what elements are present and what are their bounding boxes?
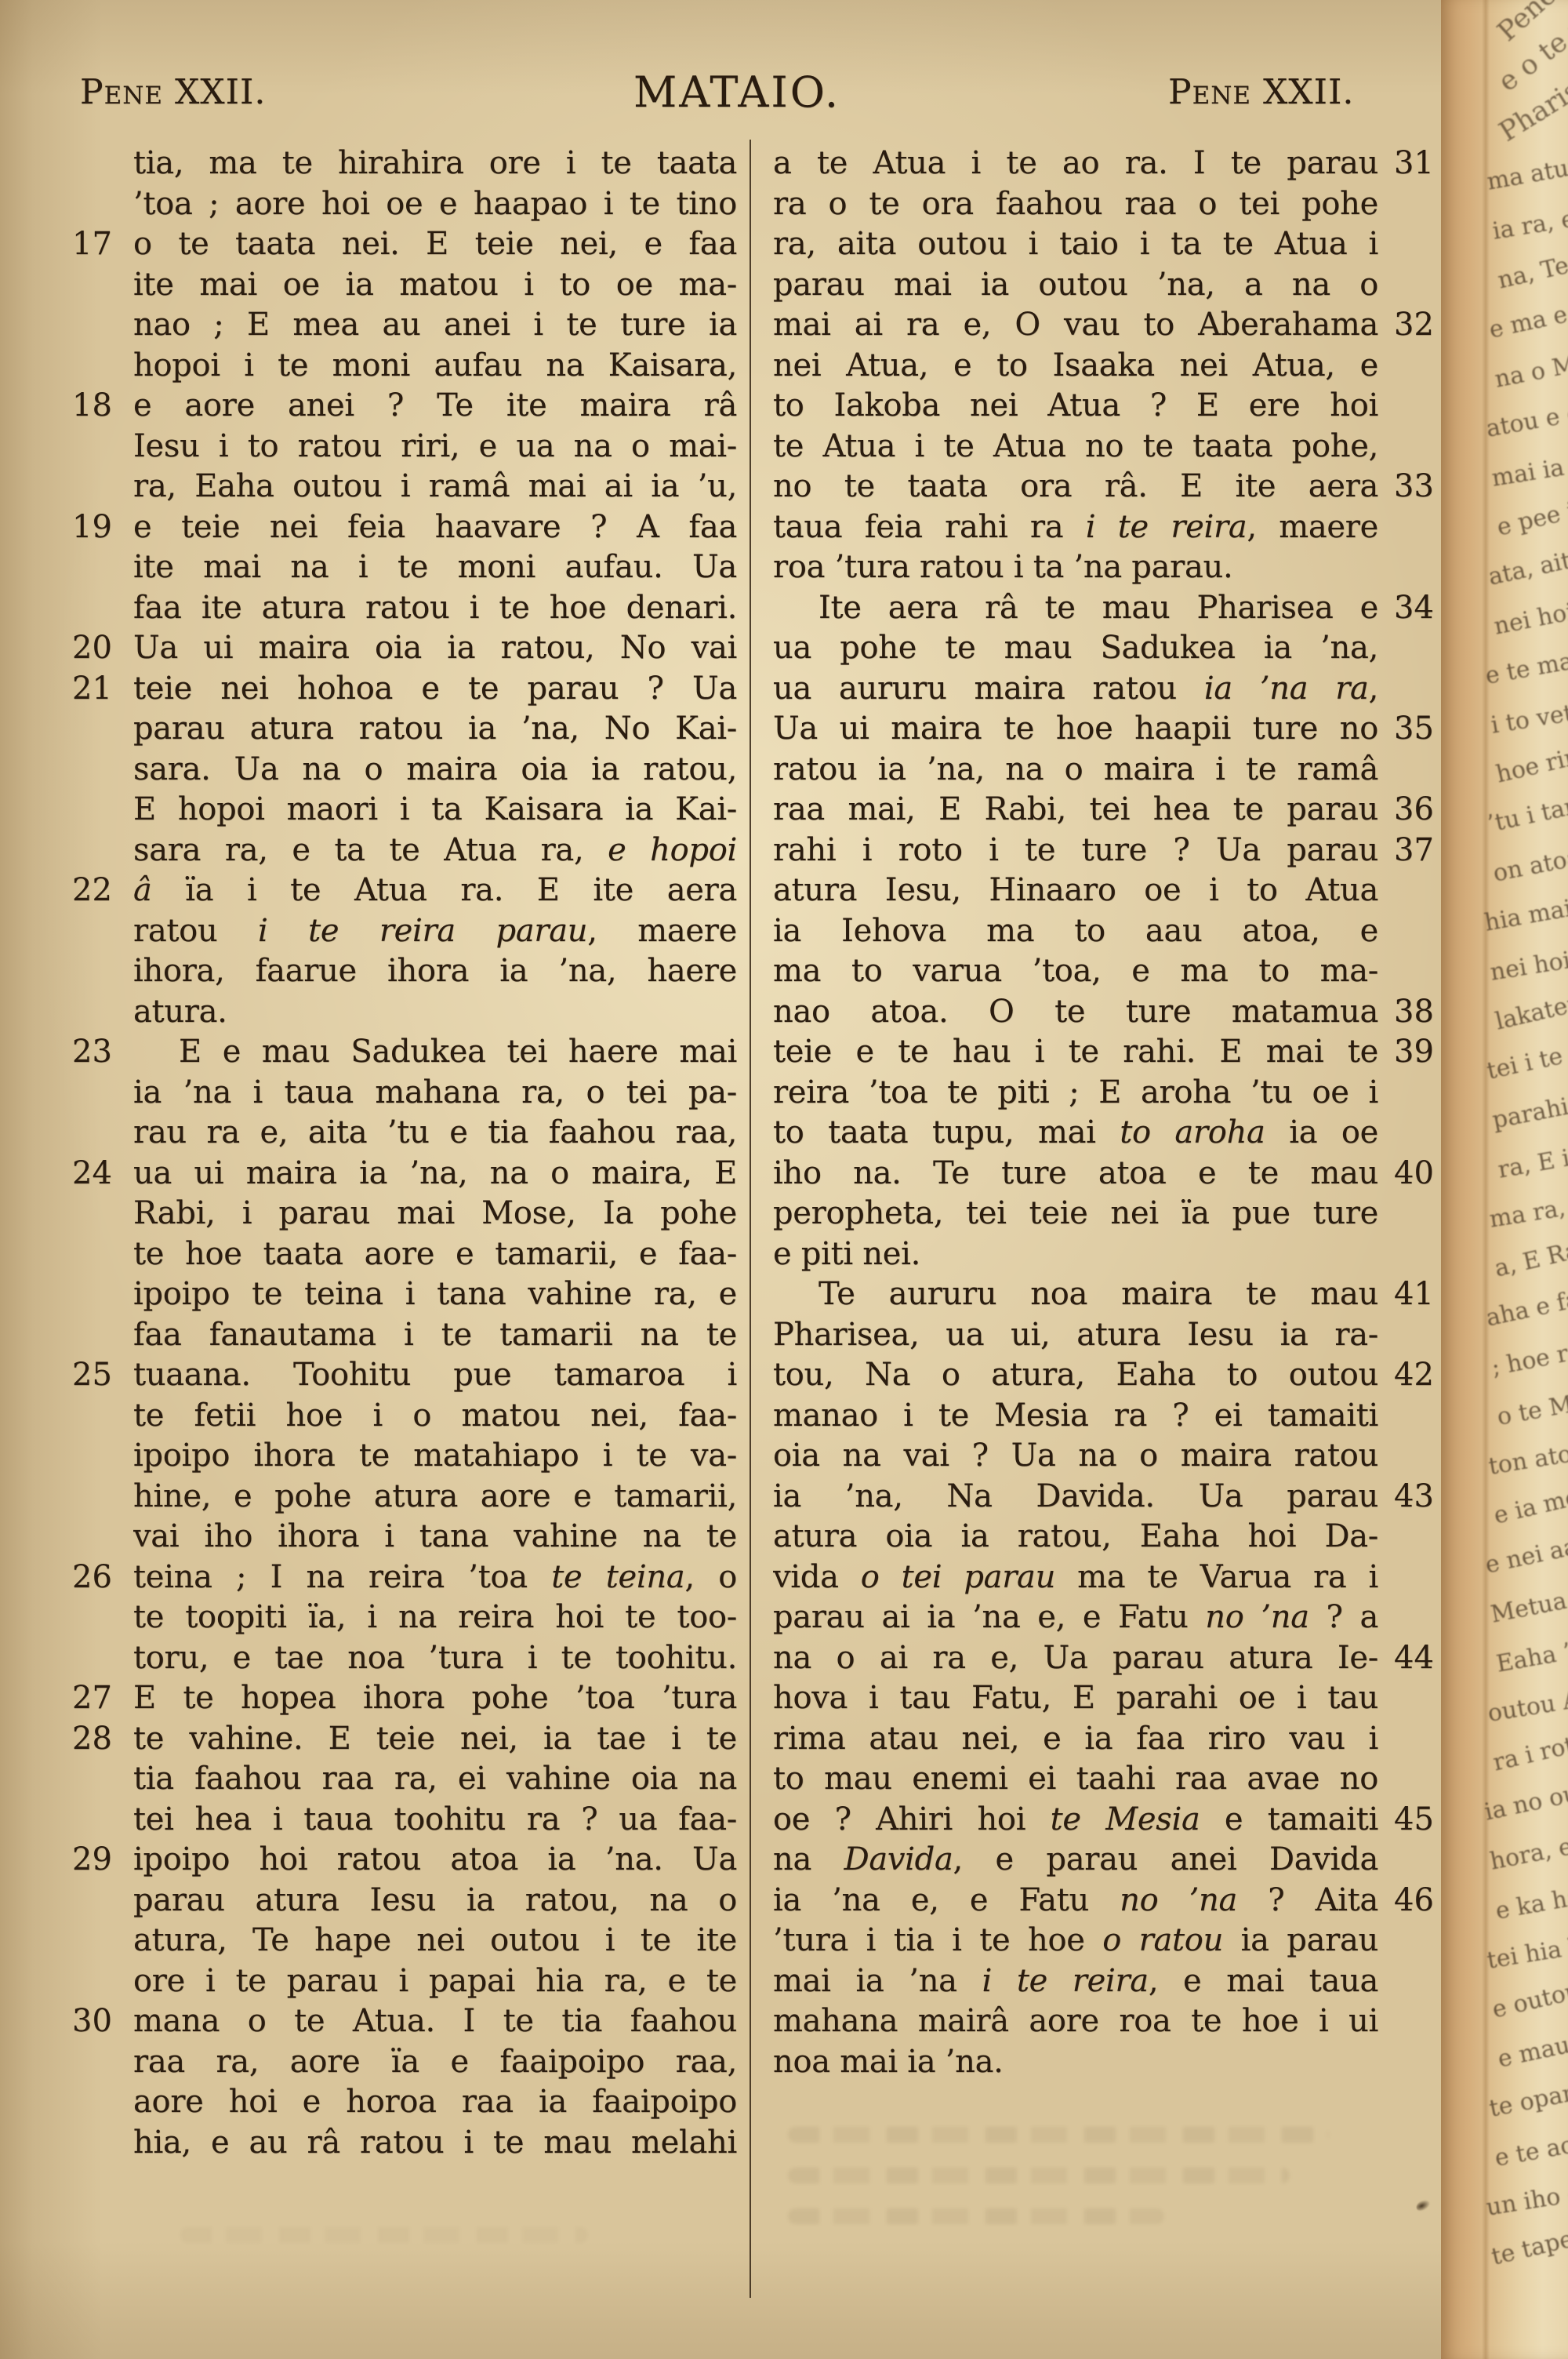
line-text: teie nei hohoa e te parau ? Ua <box>133 671 737 707</box>
text-line: e teie nei feia haavare ? A faa <box>133 507 737 548</box>
text-line: parau mai ia outou ’na, a na o <box>773 265 1378 306</box>
edge-fragment: e nei aa, oia <box>1483 1522 1568 1579</box>
line-text: tia faahou raa ra, ei vahine oia na <box>133 1761 737 1797</box>
edge-fragment: ata, aita ri <box>1486 539 1568 591</box>
text-line: ite mai na i te moni aufau. Ua <box>133 547 737 588</box>
line-text: atura. <box>133 994 227 1030</box>
line-text: ia ’na, Na Davida. Ua parau <box>773 1478 1378 1514</box>
edge-fragment: on atoa e <box>1491 840 1568 888</box>
edge-fragment: nei hoi rato <box>1492 587 1568 641</box>
text-line: E e mau Sadukea tei haere mai <box>133 1032 737 1073</box>
line-text: Ua ui maira oia ia ratou, No vai <box>133 630 737 666</box>
text-line: to taata tupu, mai to aroha ia oe <box>773 1113 1378 1154</box>
line-text: ite mai oe ia matou i to oe ma- <box>133 267 737 303</box>
text-line: no te taata ora râ. E ite aera <box>773 467 1378 507</box>
text-line: parau ai ia ’na e, e Fatu no ’na ? a <box>773 1598 1378 1638</box>
text-line: ia Iehova ma to aau atoa, e <box>773 911 1378 952</box>
text-line: teie e te hau i te rahi. E mai te <box>773 1032 1378 1073</box>
text-line: peropheta, tei teie nei ïa pue ture <box>773 1194 1378 1234</box>
line-text: ia Iehova ma to aau atoa, e <box>773 913 1378 949</box>
line-text: a te Atua i te ao ra. I te parau <box>773 145 1378 181</box>
edge-fragment: e ia metua <box>1491 1475 1568 1530</box>
text-line: Pharisea, ua ui, atura Iesu ia ra- <box>773 1315 1378 1356</box>
line-text: na Davida, e parau anei Davida <box>773 1841 1378 1877</box>
text-line: hine, e pohe atura aore e tamarii, <box>133 1477 737 1518</box>
text-line: noa mai ia ’na. <box>773 2042 1378 2083</box>
edge-fragment: Metua o t <box>1489 1579 1568 1628</box>
edge-fragment: a, E Rabi <box>1492 1231 1568 1282</box>
line-text: manao i te Mesia ra ? ei tamaiti <box>773 1398 1378 1434</box>
text-line: rau ra e, aita ’tu e tia faahou raa, <box>133 1113 737 1154</box>
line-text: ra, Eaha outou i ramâ mai ai ia ’u, <box>133 468 737 504</box>
text-line: na o ai ra e, Ua parau atura Ie- <box>773 1638 1378 1679</box>
edge-fragment: un iho e <box>1484 2179 1568 2222</box>
text-line: atura. <box>133 992 737 1033</box>
line-text: te hoe taata aore e tamarii, e faa- <box>133 1236 737 1272</box>
verse-number: 42 <box>1394 1355 1434 1396</box>
line-text: ratou i te reira parau, maere <box>133 913 737 949</box>
line-text: mahana mairâ aore roa te hoe i ui <box>773 2003 1378 2039</box>
line-text: vida o tei parau ma te Varua ra i <box>773 1559 1378 1595</box>
line-text: tuaana. Toohitu pue tamaroa i <box>133 1357 737 1393</box>
line-text: parau atura Iesu ia ratou, na o <box>133 1882 737 1918</box>
verse-number: 43 <box>1394 1477 1434 1518</box>
edge-fragment: o te Mesia <box>1495 1383 1568 1431</box>
line-text: te Atua i te Atua no te taata pohe, <box>773 428 1378 464</box>
line-text: Rabi, i parau mai Mose, Ia pohe <box>133 1195 737 1231</box>
line-text: ’toa ; aore hoi oe e haapao i te tino <box>133 186 737 222</box>
line-text: to Iakoba nei Atua ? E ere hoi <box>773 387 1378 423</box>
bleedthrough-smudge <box>180 2227 588 2243</box>
verse-number: 31 <box>1394 144 1434 184</box>
line-text: sara ra, e ta te Atua ra, e hopoi <box>133 832 737 868</box>
line-text: tia, ma te hirahira ore i te taata <box>133 145 737 181</box>
text-line: ra, aita outou i taio i ta te Atua i <box>773 224 1378 265</box>
text-line: Rabi, i parau mai Mose, Ia pohe <box>133 1194 737 1234</box>
line-text: ratou ia ’na, na o maira i te ramâ <box>773 751 1378 787</box>
edge-fragment: tei hia ïa. <box>1485 1930 1568 1975</box>
verse-number: 25 <box>72 1355 112 1396</box>
edge-fragment: ra, E ia <box>1496 1142 1568 1184</box>
text-line: ua aururu maira ratou ia ’na ra, <box>773 669 1378 710</box>
line-text: parau ai ia ’na e, e Fatu no ’na ? a <box>773 1599 1378 1635</box>
line-text: teina ; I na reira ’toa te teina, o <box>133 1559 737 1595</box>
text-line: mana o te Atua. I te tia faahou <box>133 2001 737 2042</box>
text-line: parau atura Iesu ia ratou, na o <box>133 1881 737 1921</box>
text-line: o te taata nei. E teie nei, e faa <box>133 224 737 265</box>
text-line: ma to varua ’toa, e ma to ma- <box>773 951 1378 992</box>
text-line: ra, Eaha outou i ramâ mai ai ia ’u, <box>133 467 737 507</box>
edge-fragment: e ka haah <box>1494 1878 1568 1925</box>
text-line: ore i te parau i papai hia ra, e te <box>133 1961 737 2002</box>
edge-fragment: ra i roto <box>1490 1728 1568 1777</box>
text-line: atura, Te hape nei outou i te ite <box>133 1921 737 1961</box>
edge-fragment: Eaha ’toa e <box>1494 1628 1568 1678</box>
text-line: ’tura i tia i te hoe o ratou ia parau <box>773 1921 1378 1961</box>
text-line: Ite aera râ te mau Pharisea e <box>773 588 1378 629</box>
edge-fragment: ia ra, e i ta <box>1490 198 1568 245</box>
verse-number: 35 <box>1394 709 1434 750</box>
line-text: rima atau nei, e ia faa riro vau i <box>773 1721 1378 1757</box>
edge-fragment: mai ia e <box>1490 450 1568 492</box>
line-text: mana o te Atua. I te tia faahou <box>133 2003 737 2039</box>
text-line: hova i tau Fatu, E parahi oe i tau <box>773 1678 1378 1719</box>
text-line: ipoipo te teina i tana vahine ra, e <box>133 1274 737 1315</box>
scanned-book-page: Pene XXII. MATAIO. Pene XXII. tia, ma te… <box>0 0 1568 2359</box>
line-text: o te taata nei. E teie nei, e faa <box>133 226 737 262</box>
line-text: atura Iesu, Hinaaro oe i to Atua <box>773 872 1378 908</box>
text-line: teina ; I na reira ’toa te teina, o <box>133 1558 737 1598</box>
line-text: roa ’tura ratou i ta ’na parau. <box>773 549 1232 585</box>
verse-number: 40 <box>1394 1154 1434 1194</box>
text-line: reira ’toa te piti ; E aroha ’tu oe i <box>773 1073 1378 1114</box>
book-fore-edge: Pene XXe o te parPhariseama atura hia ra… <box>1441 0 1568 2359</box>
line-text: e aore anei ? Te ite maira râ <box>133 387 737 423</box>
text-line: sara. Ua na o maira oia ia ratou, <box>133 750 737 791</box>
verse-number: 30 <box>72 2001 112 2042</box>
text-line: hopoi i te moni aufau na Kaisara, <box>133 346 737 387</box>
text-line: faa fanautama i te tamarii na te <box>133 1315 737 1356</box>
bleedthrough-smudge <box>788 2127 1329 2143</box>
line-text: faa fanautama i te tamarii na te <box>133 1317 737 1353</box>
line-text: rau ra e, aita ’tu e tia faahou raa, <box>133 1114 737 1150</box>
text-line: E hopoi maori i ta Kaisara ia Kai- <box>133 790 737 831</box>
text-line: tei hea i taua toohitu ra ? ua faa- <box>133 1800 737 1841</box>
edge-fragment: nei hoi <box>1488 947 1568 987</box>
text-line: te fetii hoe i o matou nei, faa- <box>133 1396 737 1437</box>
text-line: ite mai oe ia matou i to oe ma- <box>133 265 737 306</box>
verse-number: 29 <box>72 1840 112 1881</box>
verse-number: 22 <box>72 871 112 911</box>
line-text: â ïa i te Atua ra. E ite aera <box>133 872 737 908</box>
text-line: roa ’tura ratou i ta ’na parau. <box>773 547 1378 588</box>
edge-fragment: te opani <box>1487 2077 1568 2123</box>
text-line: taua feia rahi ra i te reira, maere <box>773 507 1378 548</box>
line-text: e piti nei. <box>773 1236 920 1272</box>
edge-fragment: ma atura h <box>1485 146 1568 195</box>
edge-fragment: i to veta <box>1489 697 1568 740</box>
line-text: reira ’toa te piti ; E aroha ’tu oe i <box>773 1074 1378 1110</box>
line-text: atura, Te hape nei outou i te ite <box>133 1922 737 1958</box>
verse-number: 44 <box>1394 1638 1434 1679</box>
text-line: vida o tei parau ma te Varua ra i <box>773 1558 1378 1598</box>
bleedthrough-smudge <box>788 2168 1290 2183</box>
text-line: ihora, faarue ihora ia ’na, haere <box>133 951 737 992</box>
line-text: parau mai ia outou ’na, a na o <box>773 267 1378 303</box>
text-line: raa ra, aore ïa e faaipoipo raa, <box>133 2042 737 2083</box>
line-text: sara. Ua na o maira oia ia ratou, <box>133 751 737 787</box>
text-line: ia ’na i taua mahana ra, o tei pa- <box>133 1073 737 1114</box>
line-text: vai iho ihora i tana vahine na te <box>133 1518 737 1554</box>
text-line: na Davida, e parau anei Davida <box>773 1840 1378 1881</box>
line-text: Iesu i to ratou riri, e ua na o mai- <box>133 428 737 464</box>
line-text: oia na vai ? Ua na o maira ratou <box>773 1438 1378 1474</box>
line-text: te toopiti ïa, i na reira hoi te too- <box>133 1599 737 1635</box>
text-line: e aore anei ? Te ite maira râ <box>133 386 737 427</box>
text-line: ia ’na, Na Davida. Ua parau <box>773 1477 1378 1518</box>
text-line: ’toa ; aore hoi oe e haapao i te tino <box>133 184 737 225</box>
verse-number: 41 <box>1394 1274 1434 1315</box>
edge-fragment: e ma e te <box>1486 294 1568 343</box>
line-text: ia ’na e, e Fatu no ’na ? Aita <box>773 1882 1378 1918</box>
text-line: ipoipo hoi ratou atoa ia ’na. Ua <box>133 1840 737 1881</box>
text-line: raa mai, E Rabi, tei hea te parau <box>773 790 1378 831</box>
text-line: ia ’na e, e Fatu no ’na ? Aita <box>773 1881 1378 1921</box>
text-line: tia, ma te hirahira ore i te taata <box>133 144 737 184</box>
verse-number: 33 <box>1394 467 1434 507</box>
text-line: nao atoa. O te ture matamua <box>773 992 1378 1033</box>
line-text: rahi i roto i te ture ? Ua parau <box>773 832 1378 868</box>
text-line: te toopiti ïa, i na reira hoi te too- <box>133 1598 737 1638</box>
verse-number: 24 <box>72 1154 112 1194</box>
line-text: Ite aera râ te mau Pharisea e <box>773 590 1378 626</box>
edge-fragment: outou Aza <box>1486 1681 1568 1727</box>
text-line: manao i te Mesia ra ? ei tamaiti <box>773 1396 1378 1437</box>
ink-blot <box>1414 2198 1431 2212</box>
edge-fragment: aha e fat <box>1483 1284 1568 1332</box>
line-text: E e mau Sadukea tei haere mai <box>133 1034 737 1070</box>
text-line: Ua ui maira oia ia ratou, No vai <box>133 628 737 669</box>
edge-fragment: atou e e <box>1484 399 1568 443</box>
line-text: to taata tupu, mai to aroha ia oe <box>773 1114 1378 1150</box>
text-line: rahi i roto i te ture ? Ua parau <box>773 831 1378 871</box>
verse-number: 36 <box>1394 790 1434 831</box>
edge-fragment: e mau Ph <box>1495 2023 1568 2074</box>
line-text: raa ra, aore ïa e faaipoipo raa, <box>133 2044 737 2080</box>
text-line: mahana mairâ aore roa te hoe i ui <box>773 2001 1378 2042</box>
verse-number: 45 <box>1394 1800 1434 1841</box>
edge-fragment: ton atoa m <box>1486 1434 1568 1481</box>
verse-number: 37 <box>1394 831 1434 871</box>
line-text: to mau enemi ei taahi raa avae no <box>773 1761 1378 1797</box>
line-text: ’tura i tia i te hoe o ratou ia parau <box>773 1922 1378 1958</box>
verse-number: 23 <box>72 1032 112 1073</box>
bleedthrough-smudge <box>788 2208 1164 2224</box>
verse-number: 46 <box>1394 1881 1434 1921</box>
line-text: teie e te hau i te rahi. E mai te <box>773 1034 1378 1070</box>
line-text: ua ui maira ia ’na, na o maira, E <box>133 1155 737 1191</box>
edge-fragment: e te mare <box>1483 643 1568 690</box>
line-text: nao atoa. O te ture matamua <box>773 994 1378 1030</box>
verse-number: 18 <box>72 386 112 427</box>
verse-number: 32 <box>1394 305 1434 346</box>
line-text: te fetii hoe i o matou nei, faa- <box>133 1398 737 1434</box>
text-line: toru, e tae noa ’tura i te toohitu. <box>133 1638 737 1679</box>
line-text: ite mai na i te moni aufau. Ua <box>133 549 737 585</box>
text-line: oe ? Ahiri hoi te Mesia e tamaiti <box>773 1800 1378 1841</box>
edge-fragment: parahi rua <box>1490 1084 1568 1135</box>
edge-fragment: e pee ià <box>1494 494 1568 542</box>
line-text: toru, e tae noa ’tura i te toohitu. <box>133 1640 737 1676</box>
edge-fragment: ma ra, e ia <box>1487 1187 1568 1234</box>
line-text: ipoipo hoi ratou atoa ia ’na. Ua <box>133 1841 737 1877</box>
line-text: hia, e au râ ratou i te mau melahi <box>133 2125 737 2161</box>
text-line: atura oia ia ratou, Eaha hoi Da- <box>773 1517 1378 1558</box>
text-line: te hoe taata aore e tamarii, e faa- <box>133 1234 737 1275</box>
line-text: ra o te ora faahou raa o tei pohe <box>773 186 1378 222</box>
text-line: E te hopea ihora pohe ’toa ’tura <box>133 1678 737 1719</box>
text-line: to mau enemi ei taahi raa avae no <box>773 1759 1378 1800</box>
verse-number: 20 <box>72 628 112 669</box>
line-text: no te taata ora râ. E ite aera <box>773 468 1378 504</box>
line-text: ipoipo te teina i tana vahine ra, e <box>133 1276 737 1312</box>
line-text: raa mai, E Rabi, tei hea te parau <box>773 791 1378 827</box>
line-text: nei Atua, e to Isaaka nei Atua, e <box>773 347 1378 383</box>
text-line: ua ui maira ia ’na, na o maira, E <box>133 1154 737 1194</box>
line-text: ua aururu maira ratou ia ’na ra, <box>773 671 1378 707</box>
line-text: Ua ui maira te hoe haapii ture no <box>773 711 1378 747</box>
text-line: sara ra, e ta te Atua ra, e hopoi <box>133 831 737 871</box>
line-text: nao ; E mea au anei i te ture ia <box>133 307 737 343</box>
verse-number: 21 <box>72 669 112 710</box>
line-text: oe ? Ahiri hoi te Mesia e tamaiti <box>773 1801 1378 1837</box>
edge-fragment: e outou, e t <box>1490 1967 1568 2024</box>
verse-number: 17 <box>72 224 112 265</box>
line-text: mai ai ra e, O vau to Aberahama <box>773 307 1378 343</box>
text-line: Iesu i to ratou riri, e ua na o mai- <box>133 427 737 467</box>
text-line: a te Atua i te ao ra. I te parau <box>773 144 1378 184</box>
edge-fragment: na o Mo <box>1493 348 1568 394</box>
text-line: tia faahou raa ra, ei vahine oia na <box>133 1759 737 1800</box>
edge-fragment: lakateri, <box>1493 987 1568 1036</box>
edge-fragment: tei i te m <box>1484 1036 1568 1085</box>
verse-number: 39 <box>1394 1032 1434 1073</box>
text-line: rima atau nei, e ia faa riro vau i <box>773 1719 1378 1760</box>
text-line: hia, e au râ ratou i te mau melahi <box>133 2123 737 2164</box>
text-line: te Atua i te Atua no te taata pohe, <box>773 427 1378 467</box>
line-text: aore hoi e horoa raa ia faaipoipo <box>133 2084 737 2120</box>
text-line: e piti nei. <box>773 1234 1378 1275</box>
text-line: vai iho ihora i tana vahine na te <box>133 1517 737 1558</box>
text-line: ratou i te reira parau, maere <box>133 911 737 952</box>
line-text: atura oia ia ratou, Eaha hoi Da- <box>773 1518 1378 1554</box>
edge-fragment: hoe rim <box>1494 741 1568 788</box>
text-line: nei Atua, e to Isaaka nei Atua, e <box>773 346 1378 387</box>
line-text: tou, Na o atura, Eaha to outou <box>773 1357 1378 1393</box>
edge-fragment: te tape <box>1489 2226 1568 2271</box>
text-line: oia na vai ? Ua na o maira ratou <box>773 1436 1378 1477</box>
edge-fragment: ; hoe roa h <box>1490 1330 1568 1382</box>
text-line: tou, Na o atura, Eaha to outou <box>773 1355 1378 1396</box>
text-line: ratou ia ’na, na o maira i te ramâ <box>773 750 1378 791</box>
line-text: E te hopea ihora pohe ’toa ’tura <box>133 1680 737 1716</box>
line-text: ma to varua ’toa, e ma to ma- <box>773 953 1378 989</box>
line-text: ihora, faarue ihora ia ’na, haere <box>133 953 737 989</box>
text-line: te vahine. E teie nei, ia tae i te <box>133 1719 737 1760</box>
line-text: na o ai ra e, Ua parau atura Ie- <box>773 1640 1378 1676</box>
line-text: te vahine. E teie nei, ia tae i te <box>133 1721 737 1757</box>
text-line: ipoipo ihora te matahiapo i te va- <box>133 1436 737 1477</box>
text-line: to Iakoba nei Atua ? E ere hoi <box>773 386 1378 427</box>
line-text: mai ia ’na i te reira, e mai taua <box>773 1963 1378 1999</box>
line-text: ia ’na i taua mahana ra, o tei pa- <box>133 1074 737 1110</box>
line-text: parau atura ratou ia ’na, No Kai- <box>133 711 737 747</box>
line-text: ra, aita outou i taio i ta te Atua i <box>773 226 1378 262</box>
line-text: noa mai ia ’na. <box>773 2044 1004 2080</box>
left-text-column: tia, ma te hirahira ore i te taata’toa ;… <box>133 144 737 2163</box>
text-line: mai ai ra e, O vau to Aberahama <box>773 305 1378 346</box>
verse-number: 19 <box>72 507 112 548</box>
line-text: Te aururu noa maira te mau <box>773 1276 1378 1312</box>
text-line: parau atura ratou ia ’na, No Kai- <box>133 709 737 750</box>
text-line: faa ite atura ratou i te hoe denari. <box>133 588 737 629</box>
running-head-chapter-right: Pene XXII. <box>1168 72 1354 112</box>
line-text: tei hea i taua toohitu ra ? ua faa- <box>133 1801 737 1837</box>
edge-fragment: ia no outo <box>1482 1775 1568 1826</box>
verse-number: 34 <box>1394 588 1434 629</box>
text-line: â ïa i te Atua ra. E ite aera <box>133 871 737 911</box>
text-line: ua pohe te mau Sadukea ia ’na, <box>773 628 1378 669</box>
line-text: iho na. Te ture atoa e te mau <box>773 1155 1378 1191</box>
text-line: iho na. Te ture atoa e te mau <box>773 1154 1378 1194</box>
text-line: aore hoi e horoa raa ia faaipoipo <box>133 2082 737 2123</box>
text-line: Ua ui maira te hoe haapii ture no <box>773 709 1378 750</box>
edge-fragment: hia mai <box>1483 895 1568 937</box>
line-text: taua feia rahi ra i te reira, maere <box>773 509 1378 545</box>
line-text: hopoi i te moni aufau na Kaisara, <box>133 347 737 383</box>
line-text: hine, e pohe atura aore e tamarii, <box>133 1478 737 1514</box>
line-text: ua pohe te mau Sadukea ia ’na, <box>773 630 1378 666</box>
text-line: atura Iesu, Hinaaro oe i to Atua <box>773 871 1378 911</box>
verse-number: 26 <box>72 1558 112 1598</box>
edge-fragment: na, Te par <box>1495 241 1568 294</box>
column-divider-rule <box>750 140 751 2298</box>
line-text: E hopoi maori i ta Kaisara ia Kai- <box>133 791 737 827</box>
verse-number: 38 <box>1394 992 1434 1033</box>
verse-number: 28 <box>72 1719 112 1760</box>
line-text: peropheta, tei teie nei ïa pue ture <box>773 1195 1378 1231</box>
line-text: Pharisea, ua ui, atura Iesu ia ra- <box>773 1317 1378 1353</box>
right-text-column: a te Atua i te ao ra. I te parau31ra o t… <box>773 144 1378 2082</box>
edge-fragment: ’tu i tam <box>1485 791 1568 838</box>
text-line: Te aururu noa maira te mau <box>773 1274 1378 1315</box>
text-line: tuaana. Toohitu pue tamaroa i <box>133 1355 737 1396</box>
line-text: ipoipo ihora te matahiapo i te va- <box>133 1438 737 1474</box>
line-text: e teie nei feia haavare ? A faa <box>133 509 737 545</box>
line-text: faa ite atura ratou i te hoe denari. <box>133 590 737 626</box>
edge-fragment: hora, e fa <box>1488 1827 1568 1876</box>
verse-number: 27 <box>72 1678 112 1719</box>
text-line: ra o te ora faahou raa o tei pohe <box>773 184 1378 225</box>
line-text: hova i tau Fatu, E parahi oe i tau <box>773 1680 1378 1716</box>
text-line: teie nei hohoa e te parau ? Ua <box>133 669 737 710</box>
edge-fragment: e te ao <box>1493 2131 1568 2172</box>
text-line: nao ; E mea au anei i te ture ia <box>133 305 737 346</box>
line-text: ore i te parau i papai hia ra, e te <box>133 1963 737 1999</box>
text-line: mai ia ’na i te reira, e mai taua <box>773 1961 1378 2002</box>
